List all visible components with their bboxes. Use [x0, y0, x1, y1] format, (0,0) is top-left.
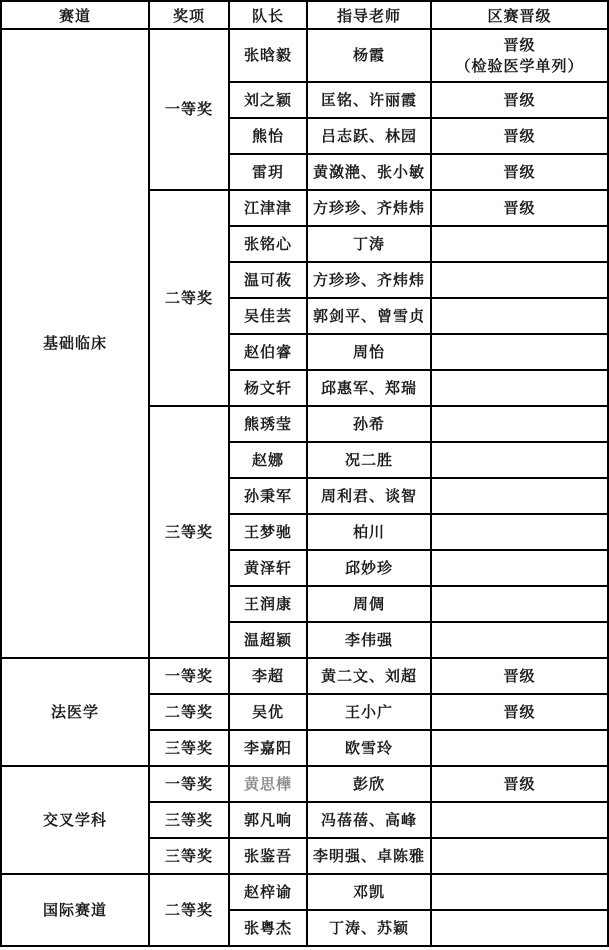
- advisor-cell: 匡铭、许丽霞: [307, 82, 431, 118]
- leader-cell: 李嘉阳: [229, 730, 307, 766]
- award-cell: 一等奖: [149, 766, 229, 802]
- advisor-cell: 吕志跃、林园: [307, 118, 431, 154]
- awards-table-body: 基础临床一等奖张晗毅杨霞晋级 （检验医学单列）刘之颖匡铭、许丽霞晋级熊怡吕志跃、…: [1, 29, 608, 946]
- leader-cell: 张晗毅: [229, 29, 307, 82]
- result-cell: [431, 262, 608, 298]
- award-cell: 三等奖: [149, 730, 229, 766]
- advisor-cell: 周利君、谈智: [307, 478, 431, 514]
- leader-cell: 温可莜: [229, 262, 307, 298]
- column-header-result: 区赛晋级: [431, 1, 608, 29]
- award-cell: 三等奖: [149, 838, 229, 874]
- advisor-cell: 方珍珍、齐炜炜: [307, 190, 431, 226]
- result-cell: [431, 910, 608, 946]
- leader-cell: 李超: [229, 658, 307, 694]
- advisor-cell: 丁涛、苏颖: [307, 910, 431, 946]
- page: 赛道 奖项 队长 指导老师 区赛晋级 基础临床一等奖张晗毅杨霞晋级 （检验医学单…: [0, 0, 609, 950]
- result-cell: [431, 406, 608, 442]
- result-cell: 晋级: [431, 118, 608, 154]
- advisor-cell: 邱妙珍: [307, 550, 431, 586]
- leader-cell: 吴佳芸: [229, 298, 307, 334]
- advisor-cell: 况二胜: [307, 442, 431, 478]
- leader-cell: 孙秉军: [229, 478, 307, 514]
- result-cell: [431, 550, 608, 586]
- result-cell: 晋级: [431, 154, 608, 190]
- advisor-cell: 欧雪玲: [307, 730, 431, 766]
- leader-cell: 王润康: [229, 586, 307, 622]
- advisor-cell: 周怡: [307, 334, 431, 370]
- advisor-cell: 丁涛: [307, 226, 431, 262]
- column-header-leader: 队长: [229, 1, 307, 29]
- table-row: 基础临床一等奖张晗毅杨霞晋级 （检验医学单列）: [1, 29, 608, 82]
- result-cell: 晋级: [431, 694, 608, 730]
- advisor-cell: 邱惠军、郑瑞: [307, 370, 431, 406]
- result-cell: [431, 298, 608, 334]
- leader-cell: 郭凡响: [229, 802, 307, 838]
- award-cell: 二等奖: [149, 190, 229, 406]
- leader-cell: 张粤杰: [229, 910, 307, 946]
- leader-cell: 江津津: [229, 190, 307, 226]
- advisor-cell: 孙希: [307, 406, 431, 442]
- leader-cell: 赵梓谕: [229, 874, 307, 910]
- award-cell: 二等奖: [149, 694, 229, 730]
- award-cell: 一等奖: [149, 29, 229, 190]
- advisor-cell: 周倜: [307, 586, 431, 622]
- leader-cell: 刘之颖: [229, 82, 307, 118]
- track-cell: 交叉学科: [1, 766, 149, 874]
- leader-cell: 赵伯睿: [229, 334, 307, 370]
- result-cell: [431, 370, 608, 406]
- leader-cell: 熊琇莹: [229, 406, 307, 442]
- result-cell: 晋级: [431, 190, 608, 226]
- leader-cell: 王梦驰: [229, 514, 307, 550]
- result-cell: 晋级 （检验医学单列）: [431, 29, 608, 82]
- track-cell: 基础临床: [1, 29, 149, 658]
- leader-cell: 雷玥: [229, 154, 307, 190]
- track-cell: 国际赛道: [1, 874, 149, 946]
- result-cell: [431, 514, 608, 550]
- result-cell: 晋级: [431, 658, 608, 694]
- result-cell: [431, 622, 608, 658]
- advisor-cell: 杨霞: [307, 29, 431, 82]
- award-cell: 三等奖: [149, 802, 229, 838]
- advisor-cell: 柏川: [307, 514, 431, 550]
- awards-table-header: 赛道 奖项 队长 指导老师 区赛晋级: [1, 1, 608, 29]
- track-cell: 法医学: [1, 658, 149, 766]
- result-cell: [431, 838, 608, 874]
- leader-cell: 熊怡: [229, 118, 307, 154]
- result-cell: 晋级: [431, 82, 608, 118]
- column-header-award: 奖项: [149, 1, 229, 29]
- advisor-cell: 王小广: [307, 694, 431, 730]
- leader-cell: 黄思樺: [229, 766, 307, 802]
- result-cell: [431, 730, 608, 766]
- award-cell: 三等奖: [149, 406, 229, 658]
- advisor-cell: 黄潋滟、张小敏: [307, 154, 431, 190]
- award-cell: 一等奖: [149, 658, 229, 694]
- award-cell: 二等奖: [149, 874, 229, 946]
- result-cell: [431, 586, 608, 622]
- result-cell: [431, 478, 608, 514]
- leader-cell: 张铭心: [229, 226, 307, 262]
- leader-cell: 张鉴吾: [229, 838, 307, 874]
- advisor-cell: 邓凯: [307, 874, 431, 910]
- result-cell: [431, 802, 608, 838]
- leader-cell: 吴优: [229, 694, 307, 730]
- column-header-track: 赛道: [1, 1, 149, 29]
- leader-cell: 赵娜: [229, 442, 307, 478]
- leader-cell: 黄泽轩: [229, 550, 307, 586]
- table-row: 交叉学科一等奖黄思樺彭欣晋级: [1, 766, 608, 802]
- table-row: 法医学一等奖李超黄二文、刘超晋级: [1, 658, 608, 694]
- advisor-cell: 彭欣: [307, 766, 431, 802]
- table-row: 国际赛道二等奖赵梓谕邓凯: [1, 874, 608, 910]
- advisor-cell: 冯蓓蓓、高峰: [307, 802, 431, 838]
- advisor-cell: 黄二文、刘超: [307, 658, 431, 694]
- result-cell: 晋级: [431, 766, 608, 802]
- result-cell: [431, 874, 608, 910]
- leader-cell: 杨文轩: [229, 370, 307, 406]
- advisor-cell: 李明强、卓陈雅: [307, 838, 431, 874]
- result-cell: [431, 442, 608, 478]
- awards-table: 赛道 奖项 队长 指导老师 区赛晋级 基础临床一等奖张晗毅杨霞晋级 （检验医学单…: [0, 0, 609, 947]
- advisor-cell: 李伟强: [307, 622, 431, 658]
- result-cell: [431, 334, 608, 370]
- column-header-advisor: 指导老师: [307, 1, 431, 29]
- header-row: 赛道 奖项 队长 指导老师 区赛晋级: [1, 1, 608, 29]
- advisor-cell: 方珍珍、齐炜炜: [307, 262, 431, 298]
- leader-cell: 温超颖: [229, 622, 307, 658]
- result-cell: [431, 226, 608, 262]
- advisor-cell: 郭剑平、曾雪贞: [307, 298, 431, 334]
